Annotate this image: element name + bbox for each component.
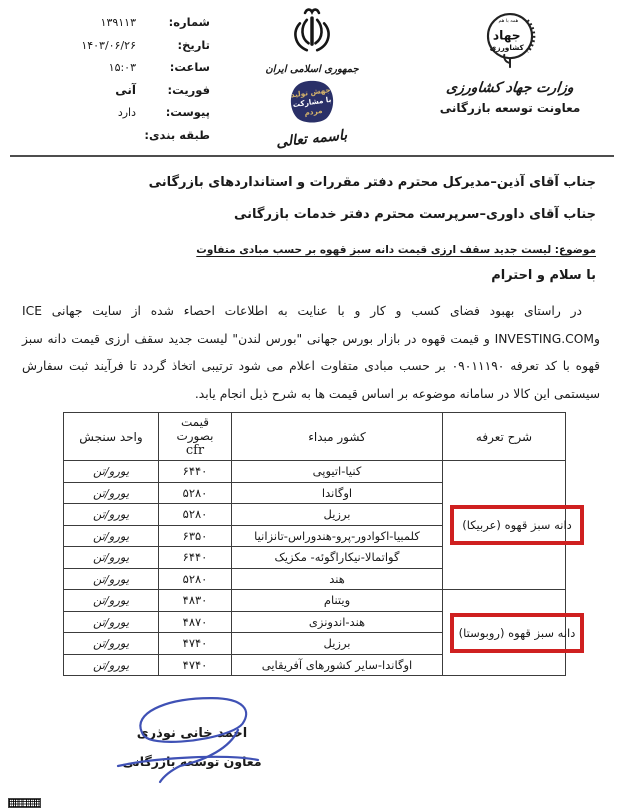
country-cell: کنیا-اتیوپی <box>232 461 443 483</box>
meta-row-urgency: فوریت: آنی <box>14 83 210 106</box>
number-value: ۱۳۹۱۱۳ <box>101 16 136 29</box>
classification-label: طبقه بندی: <box>146 128 210 142</box>
unit-cell: یورو/تن <box>64 611 159 633</box>
official-letter-page: شماره: ۱۳۹۱۱۳ تاریخ: ۱۴۰۳/۰۶/۲۶ ساعت: ۱۵… <box>0 0 624 812</box>
meta-row-number: شماره: ۱۳۹۱۱۳ <box>14 15 210 38</box>
header-price-line1: قیمت بصورت <box>161 415 229 443</box>
header-price-cfr: قیمت بصورت cfr <box>159 413 232 461</box>
signatory-title: معاون توسعه بازرگانی <box>110 754 274 769</box>
salutation: با سلام و احترام <box>491 268 596 283</box>
subject-line: موضوع: لیست جدید سقف ارزی قیمت دانه سبز … <box>28 244 596 256</box>
tariff-group-arabica-cell: دانه سبز قهوه (عربیکا) <box>443 461 566 590</box>
time-value: ۱۵:۰۳ <box>109 61 136 74</box>
center-emblem-block: جمهوری اسلامی ایران جهش تولید با مشارکت … <box>222 5 402 147</box>
attachment-label: پیوست: <box>146 105 210 119</box>
table-header-row: شرح تعرفه کشور مبداء قیمت بصورت cfr واحد… <box>64 413 566 461</box>
addressee-line-2: جناب آقای داوری–سرپرست محترم دفتر خدمات … <box>28 199 596 231</box>
iran-emblem-icon <box>286 5 338 63</box>
header-unit: واحد سنجش <box>64 413 159 461</box>
header-tariff-description: شرح تعرفه <box>443 413 566 461</box>
date-label: تاریخ: <box>146 38 210 52</box>
country-cell: کلمبیا-اکوادور-پرو-هندوراس-تانزانیا <box>232 525 443 547</box>
unit-cell: یورو/تن <box>64 654 159 676</box>
handwritten-signature-icon <box>110 694 274 802</box>
robusta-highlight-box: دانه سبز قهوه (روبوستا) <box>450 613 584 653</box>
country-cell: اوگاندا <box>232 482 443 504</box>
ministry-name: وزارت جهاد کشاورزی <box>419 80 601 96</box>
addressee-lines: جناب آقای آذین–مدیرکل محترم دفتر مقررات … <box>28 167 596 231</box>
signatory-name: احمد خانی نوذری <box>110 726 274 741</box>
price-cell: ۴۷۴۰ <box>159 633 232 655</box>
meta-row-time: ساعت: ۱۵:۰۳ <box>14 60 210 83</box>
time-label: ساعت: <box>146 60 210 74</box>
table-row: دانه سبز قهوه (عربیکا) کنیا-اتیوپی ۶۴۴۰ … <box>64 461 566 483</box>
urgency-value: آنی <box>115 83 136 97</box>
document-barcode <box>8 798 41 808</box>
header-price-line2: cfr <box>161 443 229 458</box>
country-cell: اوگاندا-سایر کشورهای آفریقایی <box>232 654 443 676</box>
attachment-value: دارد <box>118 106 136 119</box>
price-table-container: شرح تعرفه کشور مبداء قیمت بصورت cfr واحد… <box>64 412 566 676</box>
unit-cell: یورو/تن <box>64 482 159 504</box>
svg-text:جهاد: جهاد <box>493 28 521 42</box>
price-cell: ۶۴۴۰ <box>159 461 232 483</box>
subject-text: موضوع: لیست جدید سقف ارزی قیمت دانه سبز … <box>196 244 596 256</box>
letter-meta-fields: شماره: ۱۳۹۱۱۳ تاریخ: ۱۴۰۳/۰۶/۲۶ ساعت: ۱۵… <box>14 15 210 150</box>
letter-body: در راستای بهبود فضای کسب و کار و با عنای… <box>22 298 600 408</box>
tariff-group-robusta-cell: دانه سبز قهوه (روبوستا) <box>443 590 566 676</box>
unit-cell: یورو/تن <box>64 547 159 569</box>
signature-block: احمد خانی نوذری معاون توسعه بازرگانی <box>110 694 274 802</box>
ministry-department: معاونت توسعه بازرگانی <box>420 101 600 115</box>
country-cell: برزیل <box>232 633 443 655</box>
date-value: ۱۴۰۳/۰۶/۲۶ <box>81 39 136 52</box>
price-cell: ۴۸۳۰ <box>159 590 232 612</box>
unit-cell: یورو/تن <box>64 504 159 526</box>
unit-cell: یورو/تن <box>64 525 159 547</box>
unit-cell: یورو/تن <box>64 633 159 655</box>
country-cell: هند-اندونزی <box>232 611 443 633</box>
country-cell: گواتمالا-نیکاراگوئه- مکزیک <box>232 547 443 569</box>
price-cell: ۴۷۴۰ <box>159 654 232 676</box>
addressee-line-1: جناب آقای آذین–مدیرکل محترم دفتر مقررات … <box>28 167 596 199</box>
country-cell: برزیل <box>232 504 443 526</box>
unit-cell: یورو/تن <box>64 461 159 483</box>
price-cell: ۵۲۸۰ <box>159 504 232 526</box>
jahad-keshavarzi-logo-icon: همه با هم جهاد کشاورزی <box>479 59 541 78</box>
table-row: دانه سبز قهوه (روبوستا) ویتنام ۴۸۳۰ یورو… <box>64 590 566 612</box>
svg-text:همه با هم: همه با هم <box>498 18 518 24</box>
country-cell: ویتنام <box>232 590 443 612</box>
unit-cell: یورو/تن <box>64 590 159 612</box>
country-name: جمهوری اسلامی ایران <box>265 64 358 75</box>
ministry-block: همه با هم جهاد کشاورزی وزارت جهاد کشاورز… <box>420 8 600 115</box>
unit-cell: یورو/تن <box>64 568 159 590</box>
number-label: شماره: <box>146 15 210 29</box>
year-slogan-stamp-icon: جهش تولید با مشارکت مردم <box>286 79 338 129</box>
meta-row-date: تاریخ: ۱۴۰۳/۰۶/۲۶ <box>14 38 210 61</box>
country-cell: هند <box>232 568 443 590</box>
besmeleh-calligraphy: باسمه تعالی <box>276 127 349 150</box>
price-cell: ۵۲۸۰ <box>159 482 232 504</box>
coffee-price-table: شرح تعرفه کشور مبداء قیمت بصورت cfr واحد… <box>63 412 566 676</box>
header-divider-line <box>10 155 614 157</box>
price-cell: ۴۸۷۰ <box>159 611 232 633</box>
svg-text:کشاورزی: کشاورزی <box>490 43 525 52</box>
header-origin-country: کشور مبداء <box>232 413 443 461</box>
price-cell: ۶۳۵۰ <box>159 525 232 547</box>
arabica-highlight-box: دانه سبز قهوه (عربیکا) <box>450 505 584 545</box>
meta-row-attachment: پیوست: دارد <box>14 105 210 128</box>
price-cell: ۶۴۴۰ <box>159 547 232 569</box>
meta-row-classification: طبقه بندی: <box>14 128 210 151</box>
urgency-label: فوریت: <box>146 83 210 97</box>
price-cell: ۵۲۸۰ <box>159 568 232 590</box>
